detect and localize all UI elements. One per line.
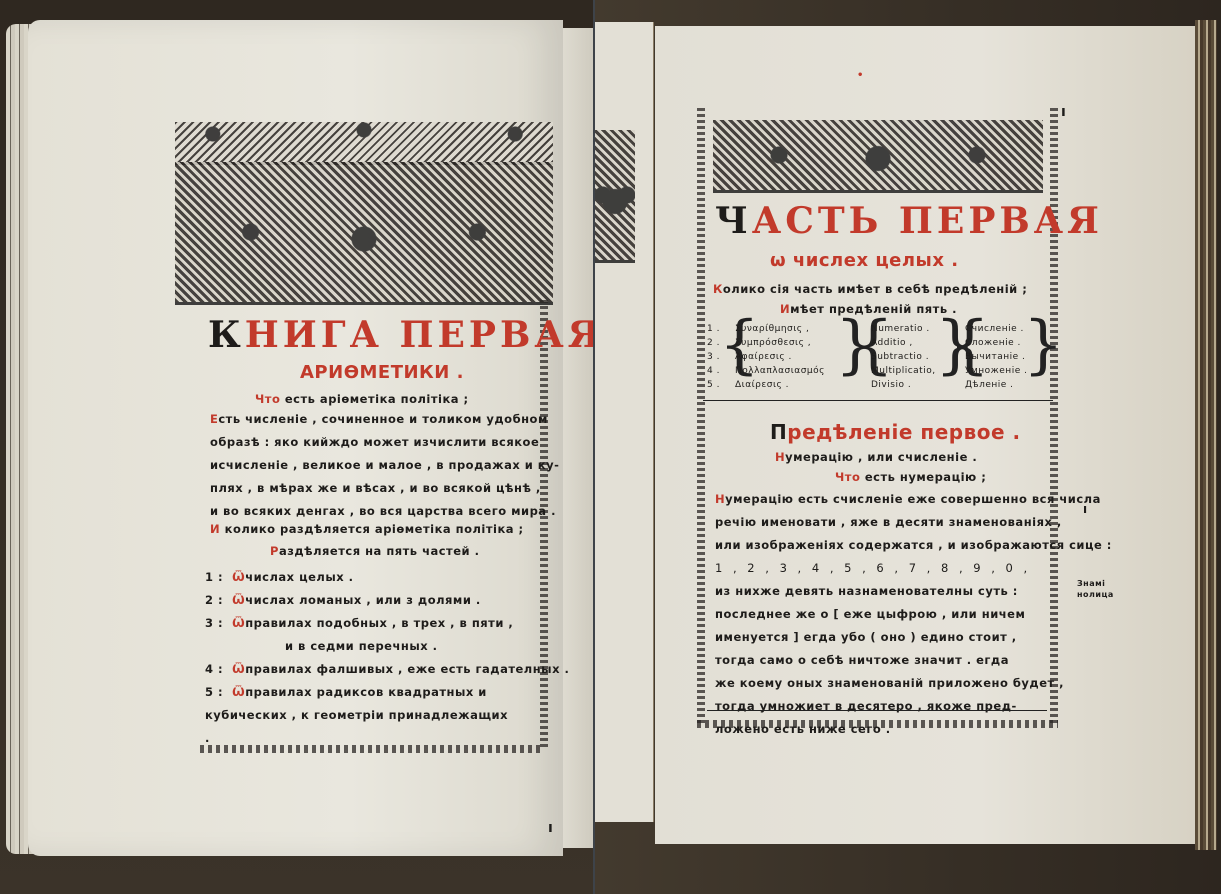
margin-note: Знамі нолица: [1077, 578, 1114, 600]
definition-paragraph: Есть численіе , сочиненное и толиком удо…: [210, 408, 559, 523]
left-page-photo: КНИГА ПЕРВАЯ , АРИѲМЕТИКИ . Что есть арі…: [0, 0, 593, 894]
list-item: 1 : Ѿчислах целых .: [205, 566, 569, 589]
parts-list: 1 : Ѿчислах целых . 2 : Ѿчислах ломаных …: [205, 566, 569, 750]
list-item: 2 : Ѿчислах ломаных , или з долями .: [205, 589, 569, 612]
section-question: Что есть нумерацію ;: [835, 466, 986, 489]
page-mark: ı: [548, 820, 553, 836]
part-title: ЧАСТЬ ПЕРВАЯ: [715, 200, 1103, 242]
ornamental-border-left: [697, 108, 705, 723]
partial-headpiece: [595, 130, 635, 263]
separator-rule: [703, 400, 1053, 401]
book-title: КНИГА ПЕРВАЯ ,: [208, 314, 593, 356]
section-title: Предѣленіе первое .: [770, 420, 1021, 444]
brace: }: [1023, 308, 1064, 382]
red-dot: •: [857, 70, 864, 81]
list-item: 5 : Ѿправилах радиксов квадратных и куби…: [205, 681, 515, 750]
list-item: 3 : Ѿправилах подобных , в трех , в пяти…: [205, 612, 569, 635]
part-subtitle: ѡ числех целых .: [770, 250, 959, 271]
top-mark: ı: [1061, 104, 1066, 120]
crown-ornament-band: [175, 122, 553, 165]
page-block-edge: [1195, 20, 1217, 850]
separator-rule: [707, 710, 1047, 711]
headpiece-ornament: [713, 120, 1043, 193]
list-item: 4 : Ѿправилах фалшивых , еже есть гадате…: [205, 658, 569, 681]
right-page-photo: ЧАСТЬ ПЕРВАЯ ѡ числех целых . Колико сія…: [595, 0, 1221, 894]
book-subtitle: АРИѲМЕТИКИ .: [300, 362, 464, 383]
division-question: И колико раздѣляется аріѳметіка політіка…: [210, 518, 524, 541]
numeration-paragraph: Нумерацію есть счисленіе еже совершенно …: [715, 488, 1112, 741]
list-item: и в седми перечных .: [205, 635, 569, 658]
margin-mark: ı: [1083, 502, 1088, 516]
headpiece-ornament: [175, 162, 553, 305]
division-answer: Раздѣляется на пять частей .: [270, 540, 479, 563]
digits-row: 1 , 2 , 3 , 4 , 5 , 6 , 7 , 8 , 9 , 0 ,: [715, 557, 1112, 580]
